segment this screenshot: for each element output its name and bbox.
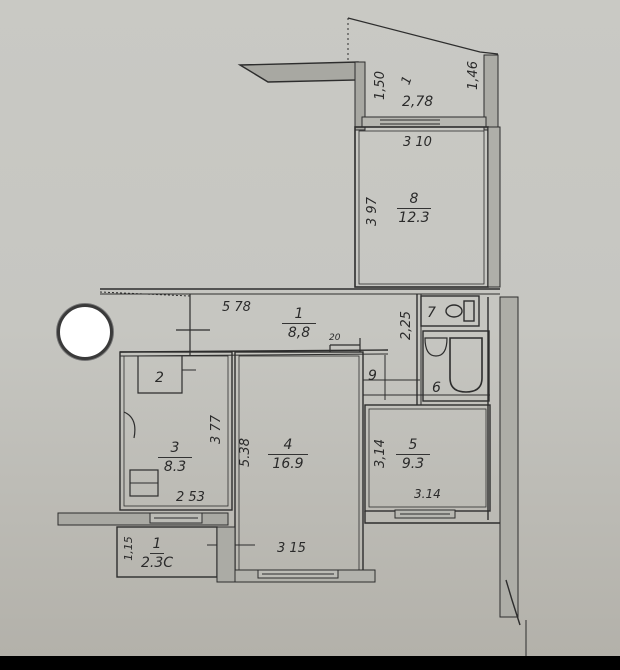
balcony-bottom-number: 1 (150, 537, 164, 554)
circle-overlay-button[interactable] (57, 304, 113, 360)
dim-room5-width: 3.14 (414, 488, 441, 500)
room-5-area: 9.3 (396, 455, 430, 471)
corridor-door-mark: 20 (329, 334, 340, 343)
dim-living-height: 5.38 (239, 438, 252, 467)
balcony-bottom-label: 1 2.3C (136, 537, 178, 570)
room-4-area: 16.9 (268, 455, 308, 471)
room-8-number: 8 (397, 192, 431, 209)
dim-kitchen-width: 2 53 (176, 491, 205, 504)
dim-living-width: 3 15 (277, 542, 306, 555)
room-6-number: 6 (432, 381, 441, 395)
room-7-number: 7 (427, 306, 436, 320)
room-3-label: 3 8.3 (158, 441, 192, 474)
dim-balcony-top-right: 1,46 (467, 61, 480, 90)
dim-corridor-height: 2,25 (400, 311, 413, 340)
dim-kitchen-height: 3 77 (210, 415, 223, 444)
balcony-bottom-area: 2.3C (136, 554, 178, 570)
dim-balcony-bottom-side: 1,15 (123, 536, 134, 561)
dim-corridor-length: 5 78 (222, 301, 251, 314)
room-1-area: 8,8 (282, 324, 316, 340)
room-4-label: 4 16.9 (268, 438, 308, 471)
dim-balcony-top-width: 3 10 (403, 136, 432, 149)
room-3-number: 3 (158, 441, 192, 458)
balcony-top-area: 2,78 (402, 95, 433, 109)
dim-balcony-top-left: 1,50 (374, 71, 387, 100)
dim-room5-height: 3,14 (374, 439, 387, 468)
room-5-label: 5 9.3 (396, 438, 430, 471)
room-9-number: 9 (368, 369, 377, 383)
room-1-label: 1 8,8 (282, 307, 316, 340)
room-1-number: 1 (282, 307, 316, 324)
dim-room8-height: 3 97 (366, 197, 379, 226)
room-5-number: 5 (396, 438, 430, 455)
room-2-number: 2 (155, 371, 164, 385)
room-3-area: 8.3 (158, 458, 192, 474)
bottom-black-bar (0, 656, 620, 670)
room-8-label: 8 12.3 (397, 192, 431, 225)
room-8-area: 12.3 (397, 209, 431, 225)
room-4-number: 4 (268, 438, 308, 455)
